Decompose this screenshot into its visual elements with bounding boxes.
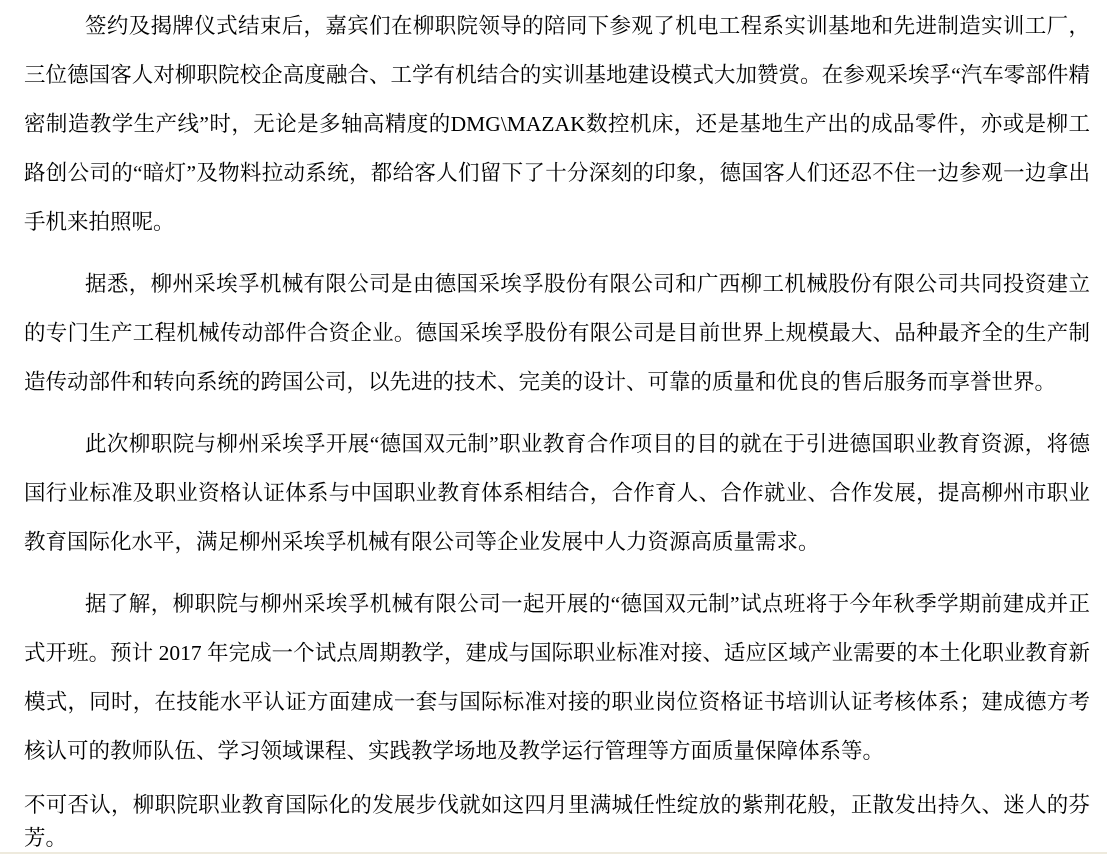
paragraph-closing-remark: 不可否认，柳职院职业教育国际化的发展步伐就如这四月里满城任性绽放的紫荆花般，正散…	[24, 789, 1090, 855]
paragraph-pilot-class-plan: 据了解，柳职院与柳州采埃孚机械有限公司一起开展的“德国双元制”试点班将于今年秋季…	[24, 580, 1090, 776]
page-bottom-rule	[0, 852, 1107, 854]
document-page: 签约及揭牌仪式结束后，嘉宾们在柳职院领导的陪同下参观了机电工程系实训基地和先进制…	[0, 0, 1107, 855]
paragraph-cooperation-purpose: 此次柳职院与柳州采埃孚开展“德国双元制”职业教育合作项目的目的就在于引进德国职业…	[24, 420, 1090, 567]
paragraph-tour-of-training-base: 签约及揭牌仪式结束后，嘉宾们在柳职院领导的陪同下参观了机电工程系实训基地和先进制…	[24, 2, 1090, 247]
paragraph-company-background: 据悉，柳州采埃孚机械有限公司是由德国采埃孚股份有限公司和广西柳工机械股份有限公司…	[24, 260, 1090, 407]
